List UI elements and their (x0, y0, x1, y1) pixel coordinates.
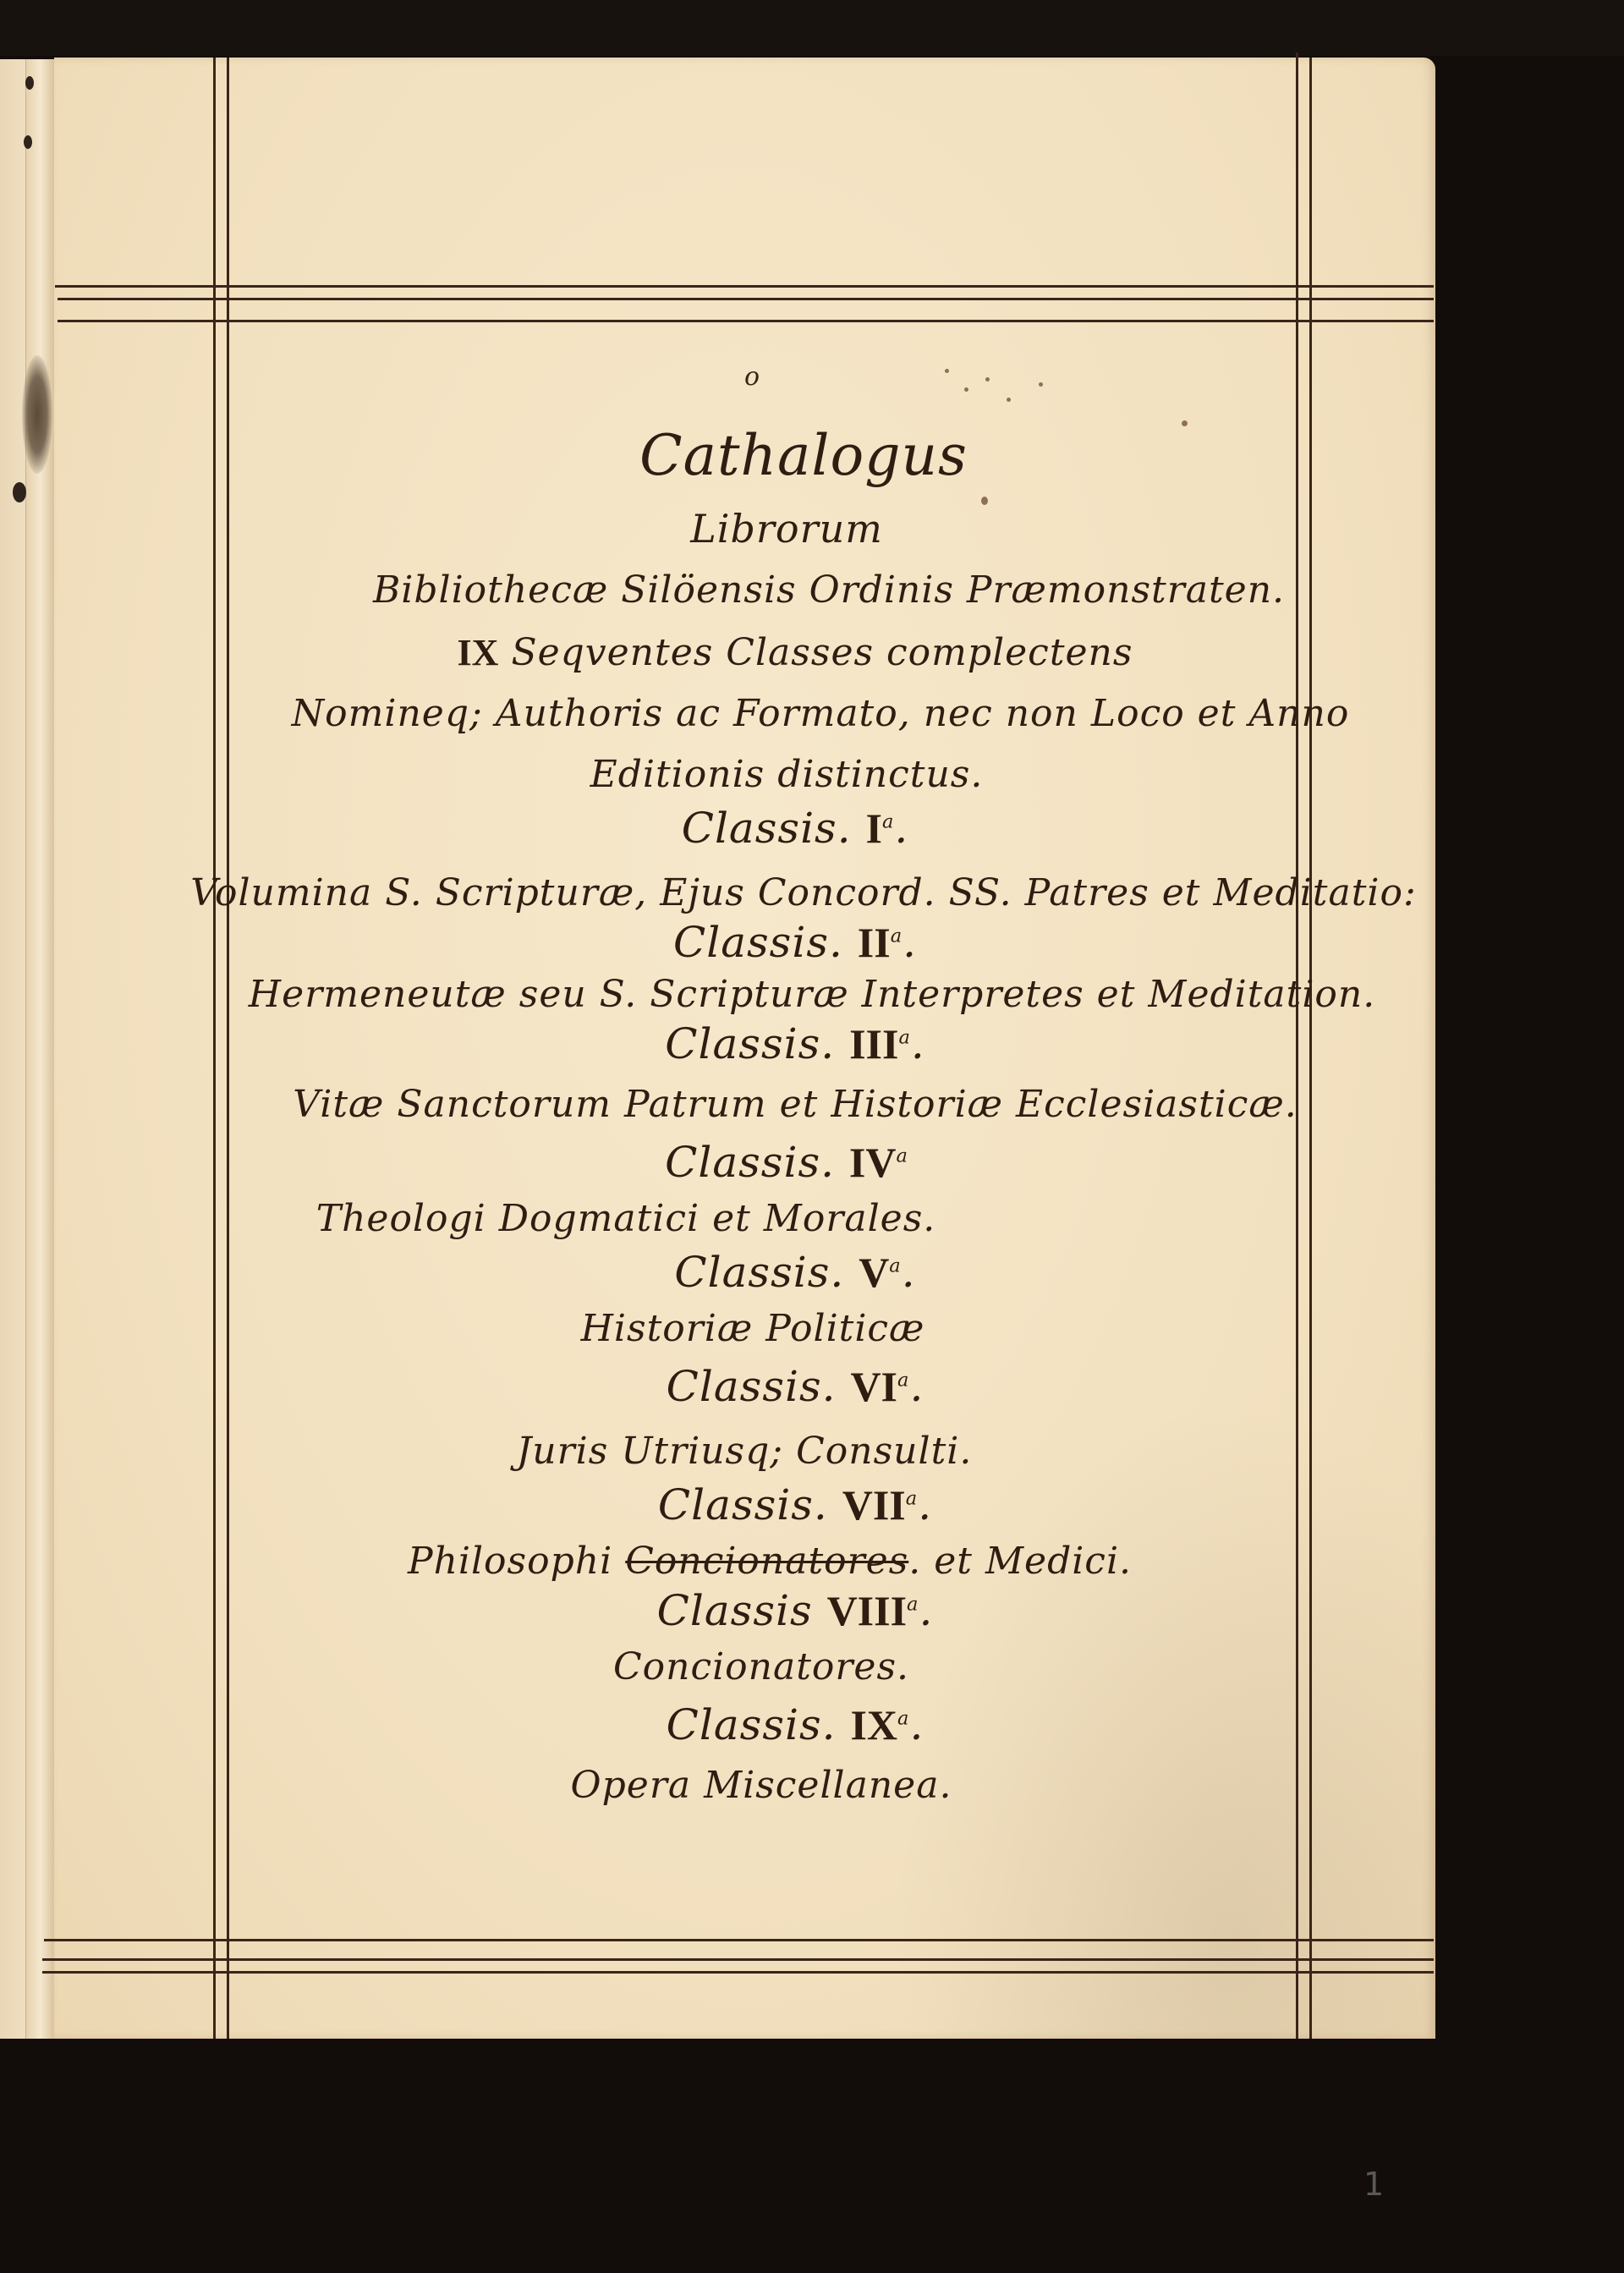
class-description: Historiæ Politicæ (0, 1307, 1565, 1350)
library-name-line: Bibliothecæ Silöensis Ordinis Præmonstra… (17, 568, 1624, 612)
class-heading: Classis. VIIa. (0, 1480, 1607, 1529)
class-numeral-suffix: a (882, 810, 894, 832)
class-heading: Classis. Ia. (0, 804, 1607, 853)
class-heading: Classis. Va. (0, 1248, 1607, 1297)
description-text: Philosophi (408, 1540, 612, 1583)
class-numeral: VIII (827, 1587, 907, 1634)
class-numeral-suffix: a (891, 925, 903, 947)
class-description: Hermeneutæ seu S. Scripturæ Interpretes … (0, 973, 1624, 1016)
class-numeral: III (849, 1020, 898, 1068)
author-format-line: Nomineq; Authoris ac Formato, nec non Lo… (8, 692, 1624, 735)
class-numeral: VI (850, 1363, 897, 1410)
class-count-numeral: IX (458, 632, 499, 673)
class-heading: Classis. IIIa. (0, 1019, 1607, 1068)
class-label: Classis (657, 1586, 813, 1635)
class-label: Classis. (665, 1019, 835, 1068)
class-description: Vitæ Sanctorum Patrum et Historiæ Eccles… (0, 1083, 1607, 1126)
class-label: Classis. (673, 918, 843, 967)
class-heading: Classis. IXa. (0, 1700, 1607, 1749)
class-label: Classis. (667, 1362, 837, 1411)
class-description: Philosophi Concionatores. et Medici. (0, 1540, 1582, 1583)
class-numeral-suffix: a (897, 1707, 909, 1729)
class-numeral: IX (850, 1701, 897, 1749)
class-description: Opera Miscellanea. (0, 1764, 1573, 1807)
class-numeral-suffix: a (897, 1369, 909, 1391)
class-label: Classis. (667, 1700, 837, 1749)
class-numeral: VII (842, 1481, 906, 1529)
class-heading: Classis. VIa. (0, 1362, 1607, 1411)
class-numeral-suffix: a (907, 1593, 919, 1615)
catalogue-subtitle: Librorum (0, 506, 1599, 552)
catalogue-text: Cathalogus Librorum Bibliothecæ Silöensi… (0, 0, 1624, 2273)
class-label: Classis. (665, 1138, 835, 1187)
class-description: Theologi Dogmatici et Morales. (0, 1197, 1438, 1240)
class-numeral: V (859, 1249, 889, 1296)
edition-line: Editionis distinctus. (0, 753, 1599, 796)
classes-count-text: Seqventes Classes complectens (511, 631, 1133, 674)
description-text: . et Medici. (908, 1540, 1132, 1583)
class-label: Classis. (682, 804, 852, 853)
class-numeral: II (858, 919, 891, 966)
class-label: Classis. (658, 1480, 828, 1529)
class-description: Volumina S. Scripturæ, Ejus Concord. SS.… (0, 871, 1616, 914)
class-label: Classis. (674, 1248, 844, 1297)
class-numeral-suffix: a (896, 1145, 908, 1167)
class-description: Juris Utriusq; Consulti. (0, 1430, 1556, 1473)
class-heading: Classis. IIa. (0, 918, 1607, 967)
catalogue-title: Cathalogus (0, 423, 1616, 488)
struck-through-word: Concionatores (625, 1540, 908, 1583)
class-heading: Classis. IVa (0, 1138, 1599, 1187)
class-numeral: I (866, 804, 882, 852)
class-heading: Classis VIIIa. (0, 1586, 1607, 1635)
class-description: Concionatores. (0, 1645, 1573, 1688)
class-numeral: IV (849, 1139, 897, 1186)
class-numeral-suffix: a (898, 1026, 910, 1048)
class-numeral-suffix: a (906, 1487, 918, 1509)
page-number: 1 (1363, 2166, 1384, 2203)
classes-count-line: IX Seqventes Classes complectens (0, 631, 1607, 674)
class-numeral-suffix: a (889, 1255, 901, 1277)
